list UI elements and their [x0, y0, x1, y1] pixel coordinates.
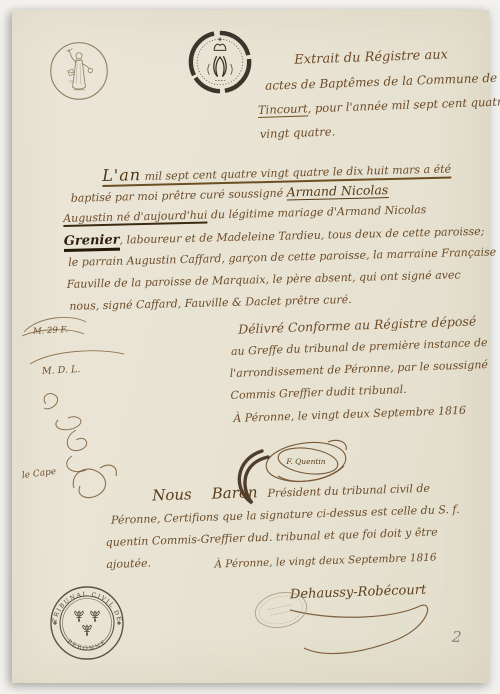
margin-flourish [66, 458, 122, 504]
scanned-document: 75 Extrait du Régistre aux actes de Bapt… [0, 0, 500, 694]
attestation-line-4: ajoutée. [106, 558, 151, 571]
greffier-signature-text: F. Quentin [285, 457, 325, 466]
royal-ink-stamp-icon [186, 29, 254, 97]
sheet-number: 2 [451, 629, 462, 646]
oval-greffe-stamp-icon [250, 586, 312, 634]
child-name: Armand Nicolas [286, 182, 388, 200]
tribunal-stamp-arc-bottom: PERONNE [66, 638, 109, 652]
tribunal-stamp-icon: TRIBUNAL CIVIL DE PERONNE [42, 578, 132, 668]
commune-name: Tincourt [258, 101, 308, 118]
header-line: vingt quatre. [260, 125, 336, 140]
svg-text:TRIBUNAL CIVIL DE: TRIBUNAL CIVIL DE [51, 591, 122, 623]
margin-note-2: M. D. L. [42, 365, 81, 377]
act-incipit: L'an [102, 165, 141, 185]
tribunal-stamp-arc-top: TRIBUNAL CIVIL DE [51, 591, 122, 623]
svg-text:PERONNE: PERONNE [66, 638, 109, 652]
fiscal-stamp-value: 75 [69, 80, 74, 84]
attestation-nous: Nous [152, 485, 192, 504]
president-name: Baron [211, 483, 257, 502]
fiscal-stamp-icon: 75 [46, 37, 112, 103]
family-name: Grenier [64, 233, 120, 252]
margin-note-1: M. 29 F. [33, 326, 68, 337]
